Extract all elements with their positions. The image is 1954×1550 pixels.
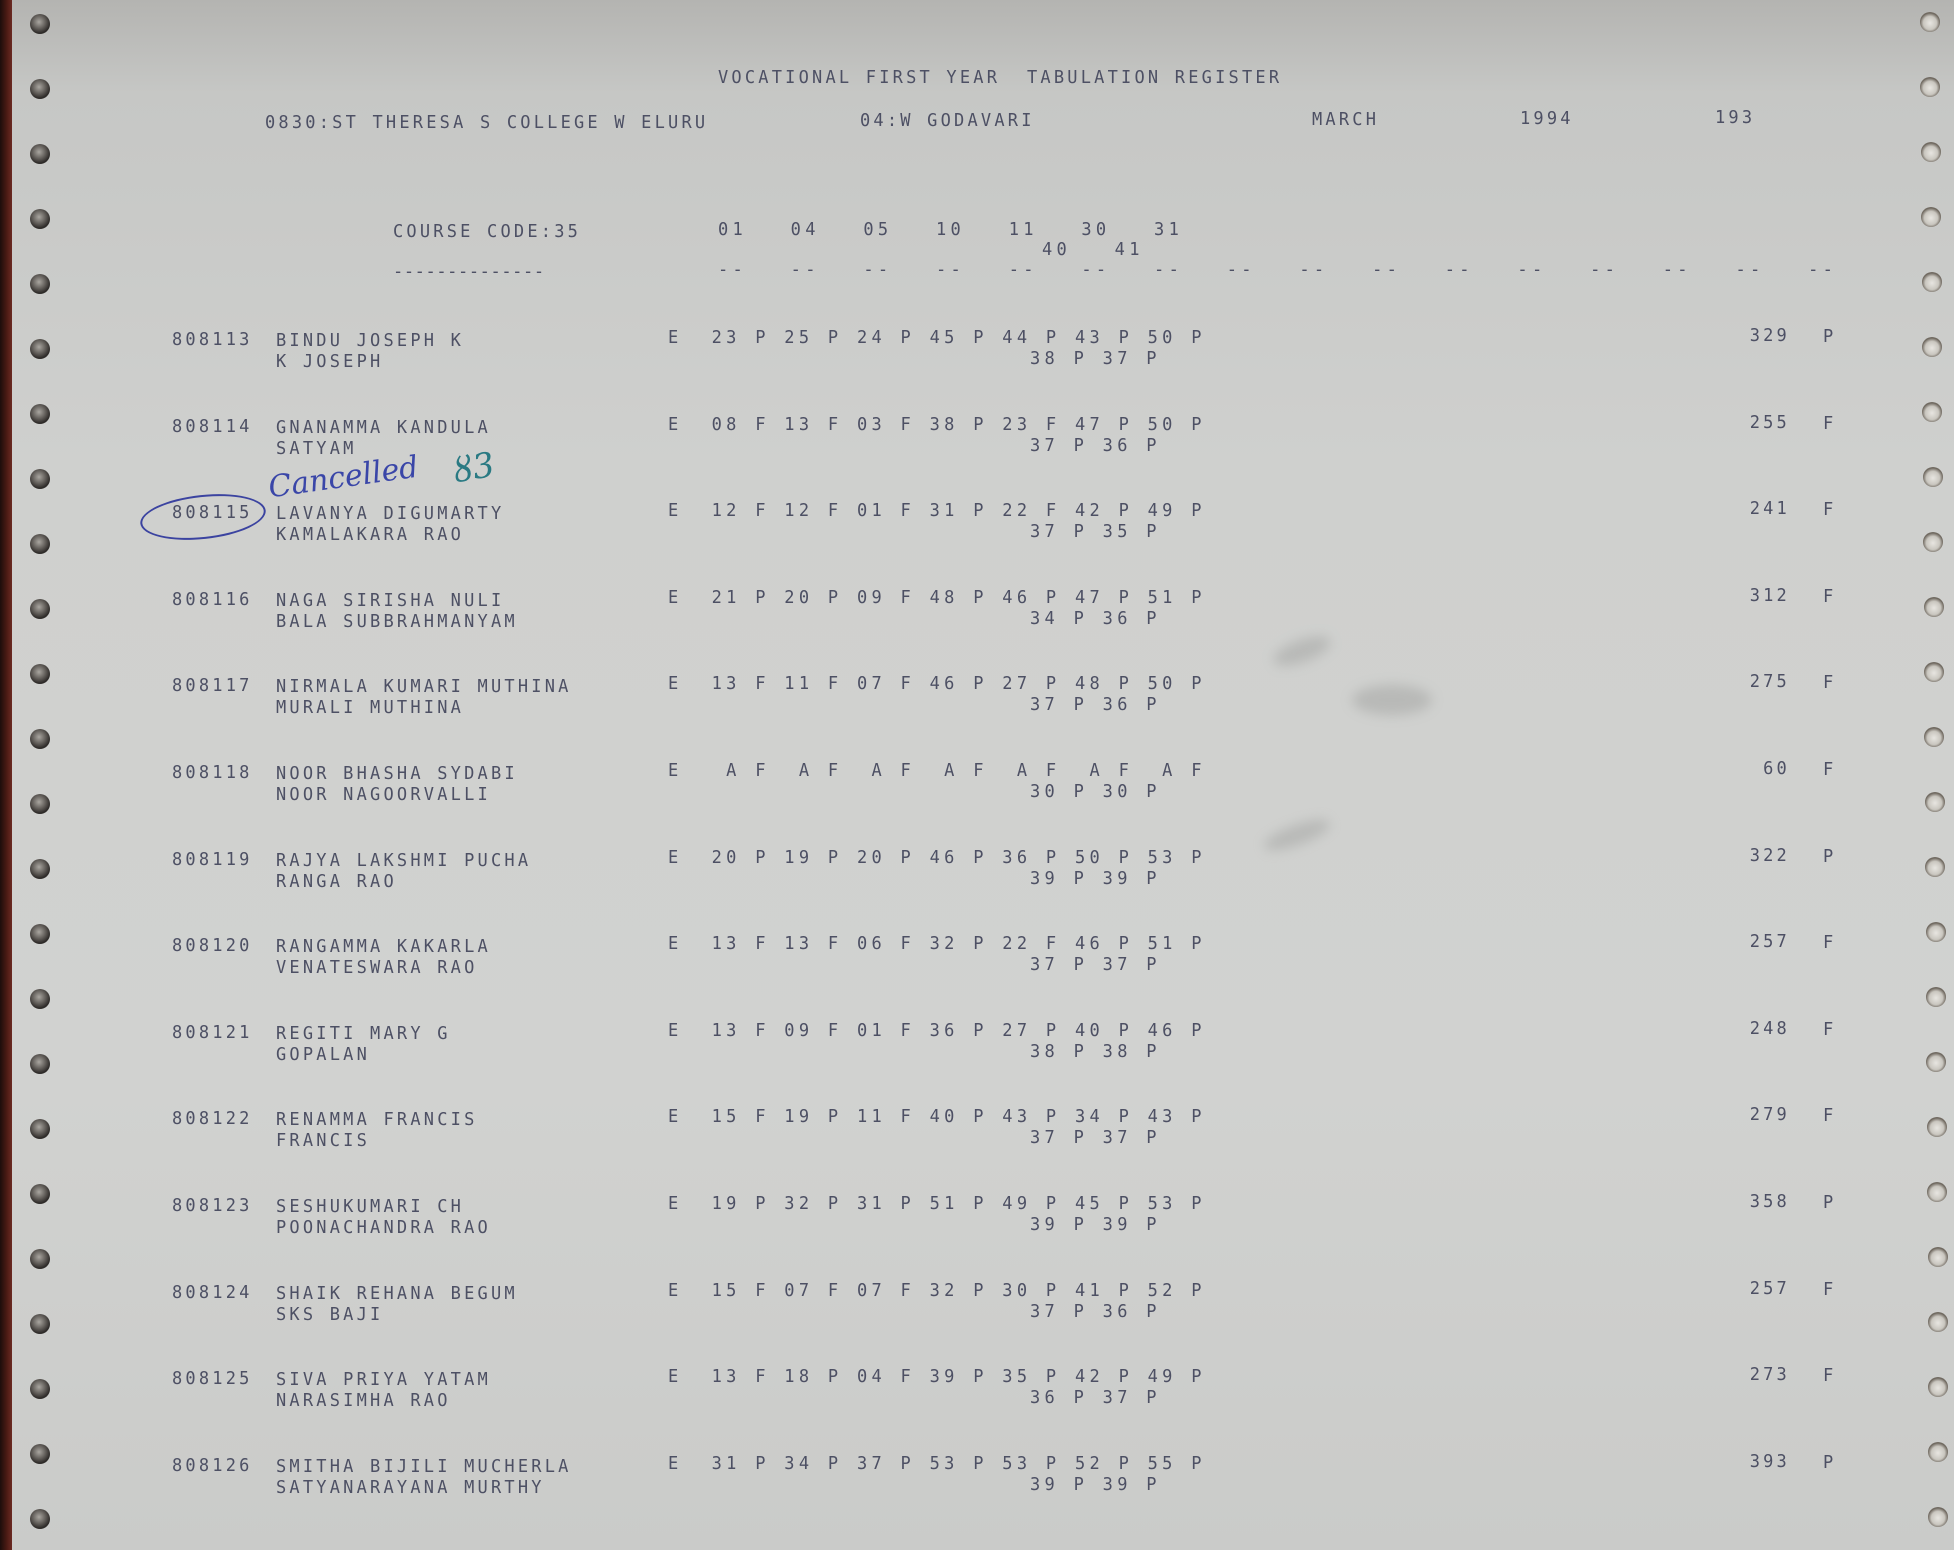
total-marks: 257 xyxy=(1730,932,1790,953)
student-name: RENAMMA FRANCIS xyxy=(276,1110,478,1131)
parent-name: K JOSEPH xyxy=(276,352,383,373)
tractor-hole xyxy=(30,534,50,554)
student-row: 808122RENAMMA FRANCISFRANCISE 15 F 19 P … xyxy=(12,1109,1954,1169)
total-marks: 255 xyxy=(1730,412,1790,433)
roll-number: 808125 xyxy=(172,1369,253,1390)
student-name: REGITI MARY G xyxy=(276,1023,451,1044)
roll-number: 808117 xyxy=(172,676,253,697)
parent-name: SKS BAJI xyxy=(276,1304,383,1325)
tractor-hole xyxy=(1922,272,1942,292)
college-code-name: 0830:ST THERESA S COLLEGE W ELURU xyxy=(265,113,708,134)
parent-name: FRANCIS xyxy=(276,1131,370,1152)
student-row: 808116NAGA SIRISHA NULIBALA SUBBRAHMANYA… xyxy=(12,590,1954,650)
tractor-hole xyxy=(1928,1247,1948,1267)
student-name: RANGAMMA KAKARLA xyxy=(276,937,491,958)
total-marks: 322 xyxy=(1730,845,1790,866)
student-row: 808120RANGAMMA KAKARLAVENATESWARA RAOE 1… xyxy=(12,936,1954,996)
parent-name: VENATESWARA RAO xyxy=(276,958,478,979)
tractor-hole xyxy=(30,924,50,944)
subject-marks: E 31 P 34 P 37 P 53 P 53 P 52 P 55 P xyxy=(668,1453,1206,1474)
tractor-hole xyxy=(30,339,50,359)
subject-marks-second-line: 30 P 30 P xyxy=(1030,782,1161,803)
subject-marks: E 13 F 09 F 01 F 36 P 27 P 40 P 46 P xyxy=(668,1020,1206,1041)
student-row: 808117NIRMALA KUMARI MUTHINAMURALI MUTHI… xyxy=(12,676,1954,736)
subject-marks: E A F A F A F A F A F A F A F xyxy=(668,761,1206,782)
result-status: F xyxy=(1823,586,1836,607)
tractor-hole xyxy=(30,1314,50,1334)
total-marks: 248 xyxy=(1730,1018,1790,1039)
subject-marks: E 13 F 13 F 06 F 32 P 22 F 46 P 51 P xyxy=(668,934,1206,955)
tractor-hole xyxy=(30,989,50,1009)
roll-number: 808113 xyxy=(172,330,253,351)
tractor-hole xyxy=(30,14,50,34)
total-marks: 329 xyxy=(1730,326,1790,347)
total-marks: 312 xyxy=(1730,585,1790,606)
parent-name: KAMALAKARA RAO xyxy=(276,525,464,546)
subject-marks-second-line: 37 P 35 P xyxy=(1030,522,1161,543)
subject-marks-second-line: 34 P 36 P xyxy=(1030,608,1161,629)
tractor-hole xyxy=(30,859,50,879)
student-row: 808123SESHUKUMARI CHPOONACHANDRA RAOE 19… xyxy=(12,1196,1954,1256)
tractor-hole xyxy=(1924,727,1944,747)
tractor-hole xyxy=(30,1444,50,1464)
tractor-hole xyxy=(1926,922,1946,942)
roll-number: 808118 xyxy=(172,763,253,784)
parent-name: RANGA RAO xyxy=(276,871,397,892)
student-name: SESHUKUMARI CH xyxy=(276,1197,464,1218)
total-marks: 241 xyxy=(1730,499,1790,520)
total-marks: 257 xyxy=(1730,1278,1790,1299)
tractor-hole xyxy=(30,1509,50,1529)
student-row: 808121REGITI MARY GGOPALANE 13 F 09 F 01… xyxy=(12,1023,1954,1083)
subject-marks-second-line: 37 P 36 P xyxy=(1030,1301,1161,1322)
student-name: SIVA PRIYA YATAM xyxy=(276,1370,491,1391)
subject-marks-second-line: 37 P 37 P xyxy=(1030,1128,1161,1149)
subject-marks-second-line: 38 P 37 P xyxy=(1030,349,1161,370)
result-status: F xyxy=(1823,413,1836,434)
tractor-hole xyxy=(1928,1377,1948,1397)
result-status: F xyxy=(1823,933,1836,954)
tractor-hole xyxy=(30,469,50,489)
tractor-hole xyxy=(1923,467,1943,487)
parent-name: SATYAM xyxy=(276,438,357,459)
tabulation-sheet: VOCATIONAL FIRST YEAR TABULATION REGISTE… xyxy=(12,0,1954,1550)
roll-number: 808119 xyxy=(172,849,253,870)
tractor-hole xyxy=(1925,792,1945,812)
subject-marks: E 15 F 07 F 07 F 32 P 30 P 41 P 52 P xyxy=(668,1280,1206,1301)
tractor-hole xyxy=(30,274,50,294)
subject-marks: E 20 P 19 P 20 P 46 P 36 P 50 P 53 P xyxy=(668,847,1206,868)
total-marks: 273 xyxy=(1730,1365,1790,1386)
student-row: 808124SHAIK REHANA BEGUMSKS BAJIE 15 F 0… xyxy=(12,1283,1954,1343)
subject-marks: E 12 F 12 F 01 F 31 P 22 F 42 P 49 P xyxy=(668,501,1206,522)
result-status: F xyxy=(1823,1366,1836,1387)
subject-codes-row1: 01 04 05 10 11 30 31 xyxy=(718,220,1183,241)
subject-marks: E 13 F 11 F 07 F 46 P 27 P 48 P 50 P xyxy=(668,674,1206,695)
student-name: SHAIK REHANA BEGUM xyxy=(276,1283,518,1304)
result-status: P xyxy=(1823,327,1836,348)
tractor-hole xyxy=(1921,207,1941,227)
student-row: 808113BINDU JOSEPH KK JOSEPHE 23 P 25 P … xyxy=(12,330,1954,390)
tractor-hole xyxy=(1922,337,1942,357)
subject-marks-second-line: 39 P 39 P xyxy=(1030,1474,1161,1495)
student-row: 808119RAJYA LAKSHMI PUCHARANGA RAOE 20 P… xyxy=(12,850,1954,910)
total-marks: 279 xyxy=(1730,1105,1790,1126)
tractor-hole xyxy=(30,599,50,619)
result-status: F xyxy=(1823,1279,1836,1300)
binding-edge xyxy=(0,0,12,1550)
roll-number: 808120 xyxy=(172,936,253,957)
tractor-hole xyxy=(30,1379,50,1399)
tractor-hole xyxy=(30,729,50,749)
subject-marks-second-line: 38 P 38 P xyxy=(1030,1041,1161,1062)
exam-month: MARCH xyxy=(1312,110,1379,131)
parent-name: SATYANARAYANA MURTHY xyxy=(276,1477,545,1498)
subject-marks: E 21 P 20 P 09 F 48 P 46 P 47 P 51 P xyxy=(668,587,1206,608)
student-name: NAGA SIRISHA NULI xyxy=(276,590,504,611)
tractor-hole xyxy=(1927,1117,1947,1137)
student-name: GNANAMMA KANDULA xyxy=(276,417,491,438)
tractor-hole xyxy=(30,794,50,814)
parent-name: NOOR NAGOORVALLI xyxy=(276,785,491,806)
student-name: NIRMALA KUMARI MUTHINA xyxy=(276,677,572,698)
subject-marks-second-line: 37 P 36 P xyxy=(1030,695,1161,716)
result-status: F xyxy=(1823,1106,1836,1127)
tractor-hole xyxy=(30,1184,50,1204)
roll-number: 808114 xyxy=(172,416,253,437)
subject-marks: E 13 F 18 P 04 F 39 P 35 P 42 P 49 P xyxy=(668,1367,1206,1388)
roll-number: 808122 xyxy=(172,1109,253,1130)
tractor-hole xyxy=(30,404,50,424)
subject-codes-row2: 40 41 xyxy=(1042,240,1144,261)
student-row: 808126SMITHA BIJILI MUCHERLASATYANARAYAN… xyxy=(12,1456,1954,1516)
result-status: P xyxy=(1823,846,1836,867)
subject-marks-second-line: 37 P 36 P xyxy=(1030,435,1161,456)
roll-number: 808126 xyxy=(172,1455,253,1476)
tractor-hole xyxy=(1924,662,1944,682)
course-code: COURSE CODE:35 xyxy=(393,222,581,243)
student-row: 808118NOOR BHASHA SYDABINOOR NAGOORVALLI… xyxy=(12,763,1954,823)
exam-year: 1994 xyxy=(1520,109,1574,130)
tractor-hole xyxy=(30,1249,50,1269)
tractor-hole xyxy=(1928,1442,1948,1462)
subject-marks-second-line: 36 P 37 P xyxy=(1030,1388,1161,1409)
parent-name: POONACHANDRA RAO xyxy=(276,1218,491,1239)
page-number: 193 xyxy=(1715,108,1755,129)
student-row: 808115LAVANYA DIGUMARTYKAMALAKARA RAOE 1… xyxy=(12,503,1954,563)
parent-name: MURALI MUTHINA xyxy=(276,698,464,719)
result-status: F xyxy=(1823,760,1836,781)
page-title: VOCATIONAL FIRST YEAR TABULATION REGISTE… xyxy=(718,68,1282,89)
roll-number: 808121 xyxy=(172,1022,253,1043)
student-name: BINDU JOSEPH K xyxy=(276,331,464,352)
tractor-hole xyxy=(30,79,50,99)
parent-name: BALA SUBBRAHMANYAM xyxy=(276,611,518,632)
result-status: F xyxy=(1823,673,1836,694)
student-row: 808125SIVA PRIYA YATAMNARASIMHA RAOE 13 … xyxy=(12,1369,1954,1429)
subject-marks-second-line: 39 P 39 P xyxy=(1030,868,1161,889)
roll-number: 808123 xyxy=(172,1196,253,1217)
tractor-hole xyxy=(1921,142,1941,162)
roll-number: 808124 xyxy=(172,1282,253,1303)
signature-initials: ȣ3 xyxy=(451,445,498,491)
tractor-hole xyxy=(1928,1507,1948,1527)
tractor-hole xyxy=(1920,77,1940,97)
result-status: F xyxy=(1823,1019,1836,1040)
total-marks: 393 xyxy=(1730,1451,1790,1472)
total-marks: 358 xyxy=(1730,1192,1790,1213)
subject-marks: E 08 F 13 F 03 F 38 P 23 F 47 P 50 P xyxy=(668,414,1206,435)
tractor-hole xyxy=(1924,597,1944,617)
tractor-hole xyxy=(1926,987,1946,1007)
subject-marks: E 19 P 32 P 31 P 51 P 49 P 45 P 53 P xyxy=(668,1194,1206,1215)
course-code-underline: -------------- xyxy=(393,262,545,283)
result-status: F xyxy=(1823,500,1836,521)
subject-marks-second-line: 39 P 39 P xyxy=(1030,1215,1161,1236)
subject-marks: E 23 P 25 P 24 P 45 P 44 P 43 P 50 P xyxy=(668,328,1206,349)
total-marks: 60 xyxy=(1730,759,1790,780)
tractor-hole xyxy=(30,1119,50,1139)
student-name: NOOR BHASHA SYDABI xyxy=(276,764,518,785)
tractor-hole xyxy=(30,144,50,164)
tractor-hole xyxy=(1920,12,1940,32)
parent-name: NARASIMHA RAO xyxy=(276,1391,451,1412)
district: 04:W GODAVARI xyxy=(860,111,1035,132)
roll-number: 808116 xyxy=(172,589,253,610)
result-status: P xyxy=(1823,1452,1836,1473)
tractor-hole xyxy=(1928,1312,1948,1332)
tractor-hole xyxy=(30,664,50,684)
total-marks: 275 xyxy=(1730,672,1790,693)
tractor-hole xyxy=(30,1054,50,1074)
subject-marks: E 15 F 19 P 11 F 40 P 43 P 34 P 43 P xyxy=(668,1107,1206,1128)
parent-name: GOPALAN xyxy=(276,1044,370,1065)
student-name: LAVANYA DIGUMARTY xyxy=(276,504,504,525)
tractor-hole xyxy=(30,209,50,229)
student-name: SMITHA BIJILI MUCHERLA xyxy=(276,1456,572,1477)
student-name: RAJYA LAKSHMI PUCHA xyxy=(276,850,531,871)
column-dashes: -- -- -- -- -- -- -- -- -- -- -- -- -- -… xyxy=(718,260,1837,281)
subject-marks-second-line: 37 P 37 P xyxy=(1030,955,1161,976)
result-status: P xyxy=(1823,1193,1836,1214)
